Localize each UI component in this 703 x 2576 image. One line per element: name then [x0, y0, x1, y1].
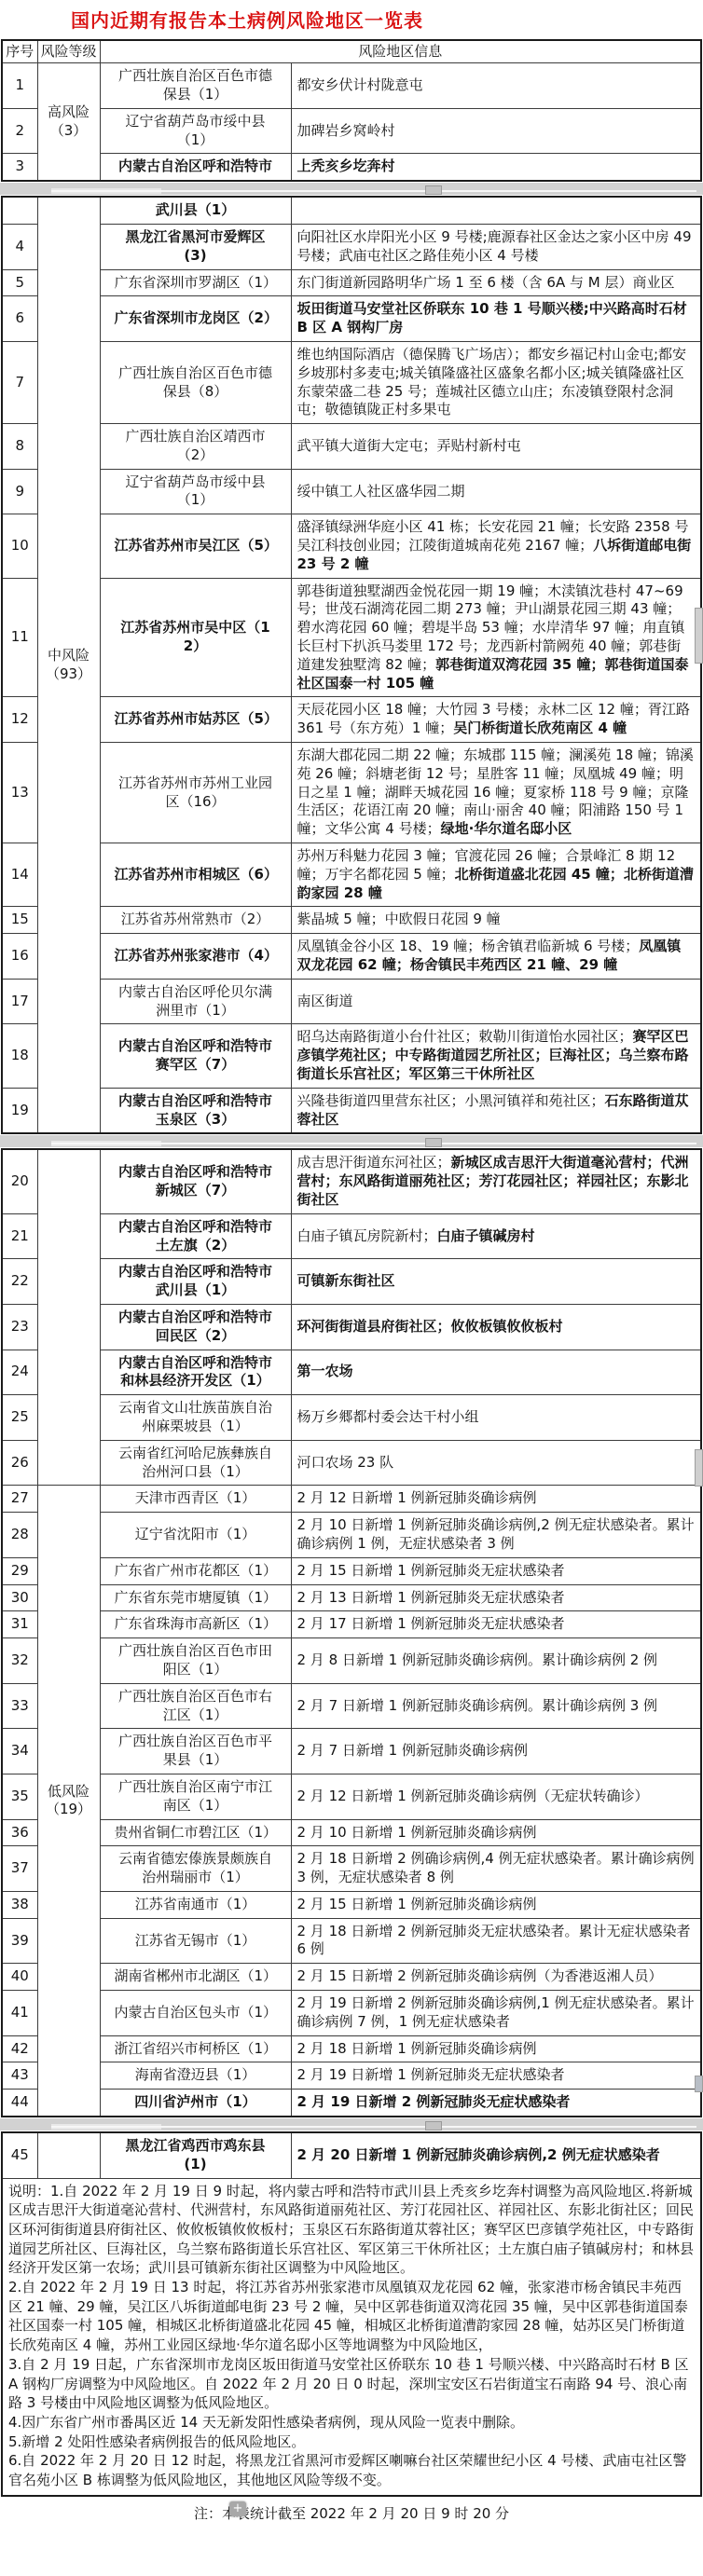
risk-level-cell-empty	[37, 2132, 100, 2178]
row-number-cell: 33	[2, 1683, 37, 1729]
table-row: 39江苏省无锡市（1）2 月 18 日新增 2 例新冠肺炎无症状感染者。累计无症…	[2, 1918, 701, 1964]
region-cell: 江苏省苏州常熟市（2）	[100, 907, 291, 934]
region-cell: 广东省深圳市罗湖区（1）	[100, 269, 291, 296]
row-number-cell: 35	[2, 1774, 37, 1819]
table-row: 14江苏省苏州市相城区（6）苏州万科魅力花园 3 幢；官渡花园 26 幢；合景峰…	[2, 843, 701, 907]
table-row: 29广东省广州市花都区（1）2 月 15 日新增 1 例新冠肺炎无症状感染者	[2, 1557, 701, 1584]
region-cell: 广西壮族自治区百色市德保县（1）	[100, 63, 291, 109]
header-no: 序号	[2, 40, 37, 62]
info-cell: 2 月 13 日新增 1 例新冠肺炎无症状感染者	[291, 1584, 701, 1611]
table-row: 17内蒙古自治区呼伦贝尔满洲里市（1）南区街道	[2, 979, 701, 1024]
table-row: 36贵州省铜仁市碧江区（1）2 月 10 日新增 1 例新冠肺炎确诊病例	[2, 1819, 701, 1846]
region-cell: 广东省东莞市塘厦镇（1）	[100, 1584, 291, 1611]
info-segment: 2 月 7 日新增 1 例新冠肺炎确诊病例	[297, 1742, 528, 1759]
info-segment: 杨万乡郷都村委会达干村小组	[297, 1408, 479, 1425]
info-segment: 加碑岩乡窝岭村	[297, 122, 395, 139]
table-row: 8广西壮族自治区靖西市（2）武平镇大道街大定屯；弄贴村新村屯	[2, 424, 701, 470]
info-cell: 2 月 19 日新增 2 例新冠肺炎无症状感染者	[291, 2090, 701, 2117]
row-number-cell: 39	[2, 1918, 37, 1964]
table-row: 18内蒙古自治区呼和浩特市赛罕区（7）昭乌达南路街道小台什社区；敕勒川街道怡水园…	[2, 1024, 701, 1088]
row-number-cell: 28	[2, 1513, 37, 1558]
info-segment: 昭乌达南路街道小台什社区；敕勒川街道怡水园社区；	[297, 1028, 633, 1045]
info-cell: 2 月 7 日新增 1 例新冠肺炎确诊病例	[291, 1729, 701, 1774]
info-segment: 坂田街道马安堂社区侨联东 10 巷 1 号顺兴楼;中兴路高时石材 B 区 A 钢…	[297, 300, 687, 336]
region-cell: 海南省澄迈县（1）	[100, 2062, 291, 2090]
info-segment: 2 月 17 日新增 1 例新冠肺炎无症状感染者	[297, 1615, 565, 1632]
table-row: 5广东省深圳市罗湖区（1）东门街道新园路明华广场 1 至 6 楼（含 6A 与 …	[2, 269, 701, 296]
table-row: 11江苏省苏州市吴中区（12）郭巷街道独墅湖西金悦花园一期 19 幢；木渎镇沈巷…	[2, 578, 701, 697]
region-cell: 江苏省苏州张家港市（4）	[100, 934, 291, 980]
info-cell: 天辰花园小区 18 幢；大竹园 3 号楼；永林二区 12 幢；胥江路 361 号…	[291, 697, 701, 743]
splice-band	[0, 2118, 703, 2131]
row-number-cell: 15	[2, 907, 37, 934]
row-number-cell: 5	[2, 269, 37, 296]
info-cell: 盛泽镇绿洲华庭小区 41 栋；长安花园 21 幢；长安路 2358 号吴江科技创…	[291, 514, 701, 578]
table-row: 2辽宁省葫芦岛市绥中县（1）加碑岩乡窝岭村	[2, 108, 701, 154]
info-segment: 武平镇大道街大定屯；弄贴村新村屯	[297, 437, 521, 454]
info-segment: 2 月 12 日新增 1 例新冠肺炎确诊病例（无症状转确诊）	[297, 1788, 649, 1804]
region-cell: 内蒙古自治区呼和浩特市玉泉区（3）	[100, 1088, 291, 1133]
info-segment: 2 月 12 日新增 1 例新冠肺炎确诊病例	[297, 1489, 537, 1506]
info-segment: 2 月 10 日新增 1 例新冠肺炎确诊病例	[297, 1824, 537, 1841]
info-segment: 向阳社区水岸阳光小区 9 号楼;鹿源春社区金达之家小区中房 49 号楼；武庙屯社…	[297, 228, 692, 264]
row-number-cell: 12	[2, 697, 37, 743]
info-cell: 2 月 7 日新增 1 例新冠肺炎确诊病例。累计确诊病例 3 例	[291, 1683, 701, 1729]
region-cell: 武川县（1）	[100, 197, 291, 224]
row-number-cell: 25	[2, 1395, 37, 1441]
region-cell: 内蒙古自治区呼和浩特市土左旗（2）	[100, 1213, 291, 1259]
region-cell: 江苏省苏州市吴江区（5）	[100, 514, 291, 578]
table-row: 37云南省德宏傣族景颇族自治州瑞丽市（1）2 月 18 日新增 2 例确诊病例,…	[2, 1846, 701, 1892]
table-row: 33广西壮族自治区百色市右江区（1）2 月 7 日新增 1 例新冠肺炎确诊病例。…	[2, 1683, 701, 1729]
region-cell: 内蒙古自治区呼和浩特市	[100, 154, 291, 181]
row-number-cell: 10	[2, 514, 37, 578]
info-segment: 绥中镇工人社区盛华园二期	[297, 483, 465, 500]
row-number-cell: 18	[2, 1024, 37, 1088]
table-row: 43海南省澄迈县（1）2 月 19 日新增 1 例新冠肺炎无症状感染者	[2, 2062, 701, 2090]
region-cell: 广东省珠海市高新区（1）	[100, 1611, 291, 1638]
note-item: 说明：1.自 2022 年 2 月 19 日 9 时起，将内蒙古呼和浩特市武川县…	[8, 2182, 695, 2278]
risk-table-section-3: 20内蒙古自治区呼和浩特市新城区（7）成吉思汗街道东河社区；新城区成吉思汗大街道…	[1, 1148, 702, 2117]
splice-band-tab	[425, 185, 442, 195]
info-segment: 都安乡伏计村陇意屯	[297, 76, 423, 93]
row-number-cell: 1	[2, 63, 37, 109]
risk-level-cell-empty	[37, 1149, 100, 1485]
region-cell: 浙江省绍兴市柯桥区（1）	[100, 2035, 291, 2062]
row-number-cell: 26	[2, 1440, 37, 1486]
table-row: 26云南省红河哈尼族彝族自治州河口县（1）河口农场 23 队	[2, 1440, 701, 1486]
table-row: 44四川省泸州市（1）2 月 19 日新增 2 例新冠肺炎无症状感染者	[2, 2090, 701, 2117]
row-number-cell: 34	[2, 1729, 37, 1774]
table-row: 4黑龙江省黑河市爱辉区(3)向阳社区水岸阳光小区 9 号楼;鹿源春社区金达之家小…	[2, 224, 701, 269]
table-row: 21内蒙古自治区呼和浩特市土左旗（2）白庙子镇瓦房院新村；白庙子镇碱房村	[2, 1213, 701, 1259]
info-segment: 成吉思汗街道东河社区；	[297, 1154, 451, 1171]
row-number-cell: 32	[2, 1638, 37, 1684]
info-cell: 都安乡伏计村陇意屯	[291, 63, 701, 109]
info-segment: 紫晶城 5 幢；中欧假日花园 9 幢	[297, 911, 501, 927]
info-segment: 河口农场 23 队	[297, 1454, 394, 1471]
region-cell: 江苏省南通市（1）	[100, 1891, 291, 1918]
info-cell: 2 月 12 日新增 1 例新冠肺炎确诊病例	[291, 1486, 701, 1513]
table-row: 15江苏省苏州常熟市（2）紫晶城 5 幢；中欧假日花园 9 幢	[2, 907, 701, 934]
note-item: 2.自 2022 年 2 月 19 日 13 时起，将江苏省苏州张家港市凤凰镇双…	[8, 2278, 695, 2355]
region-cell: 广西壮族自治区百色市右江区（1）	[100, 1683, 291, 1729]
table-row: 28辽宁省沈阳市（1）2 月 10 日新增 1 例新冠肺炎确诊病例,2 例无症状…	[2, 1513, 701, 1558]
region-cell: 江苏省苏州市姑苏区（5）	[100, 697, 291, 743]
info-segment: 2 月 18 日新增 2 例确诊病例,4 例无症状感染者。累计确诊病例 3 例，…	[297, 1850, 695, 1885]
row-number-cell: 23	[2, 1304, 37, 1350]
region-cell: 广西壮族自治区百色市平果县（1）	[100, 1729, 291, 1774]
info-segment: 上秃亥乡圪奔村	[297, 158, 395, 174]
table-row: 45黑龙江省鸡西市鸡东县(1)2 月 20 日新增 1 例新冠肺炎确诊病例,2 …	[2, 2132, 701, 2178]
scrollbar-fragment[interactable]	[695, 608, 703, 664]
row-number-cell: 45	[2, 2132, 37, 2178]
info-cell: 环河街街道县府街社区；攸攸板镇攸攸板村	[291, 1304, 701, 1350]
region-cell: 天津市西青区（1）	[100, 1486, 291, 1513]
row-number-cell: 44	[2, 2090, 37, 2117]
info-segment: 2 月 10 日新增 1 例新冠肺炎确诊病例,2 例无症状感染者。累计确诊病例 …	[297, 1516, 695, 1552]
page-title: 国内近期有报告本土病例风险地区一览表	[71, 8, 703, 33]
row-number-cell: 29	[2, 1557, 37, 1584]
header-info: 风险地区信息	[100, 40, 701, 62]
info-cell: 坂田街道马安堂社区侨联东 10 巷 1 号顺兴楼;中兴路高时石材 B 区 A 钢…	[291, 296, 701, 342]
table-row: 35广西壮族自治区南宁市江南区（1）2 月 12 日新增 1 例新冠肺炎确诊病例…	[2, 1774, 701, 1819]
region-cell: 江苏省苏州市吴中区（12）	[100, 578, 291, 697]
info-segment: 白庙子镇碱房村	[437, 1227, 535, 1244]
row-number-cell: 11	[2, 578, 37, 697]
row-number-cell: 3	[2, 154, 37, 181]
table-row: 38江苏省南通市（1）2 月 15 日新增 1 例新冠肺炎确诊病例	[2, 1891, 701, 1918]
info-cell: 河口农场 23 队	[291, 1440, 701, 1486]
region-cell: 广东省广州市花都区（1）	[100, 1557, 291, 1584]
row-number-cell: 4	[2, 224, 37, 269]
info-cell: 南区街道	[291, 979, 701, 1024]
info-segment: 东门街道新园路明华广场 1 至 6 楼（含 6A 与 M 层）商业区	[297, 274, 675, 291]
info-cell: 武平镇大道街大定屯；弄贴村新村屯	[291, 424, 701, 470]
region-cell: 广西壮族自治区百色市德保县（8）	[100, 341, 291, 423]
table-row: 24内蒙古自治区呼和浩特市和林县经济开发区（1）第一农场	[2, 1350, 701, 1395]
info-cell: 东门街道新园路明华广场 1 至 6 楼（含 6A 与 M 层）商业区	[291, 269, 701, 296]
info-cell: 2 月 10 日新增 1 例新冠肺炎确诊病例,2 例无症状感染者。累计确诊病例 …	[291, 1513, 701, 1558]
splice-band-tab	[425, 1138, 442, 1147]
info-cell: 2 月 18 日新增 1 例新冠肺炎确诊病例	[291, 2035, 701, 2062]
info-segment: 2 月 15 日新增 1 例新冠肺炎无症状感染者	[297, 1562, 565, 1579]
info-segment: 吴门桥街道长欣苑南区 4 幢	[453, 719, 627, 736]
info-cell: 2 月 20 日新增 1 例新冠肺炎确诊病例,2 例无症状感染者	[291, 2132, 701, 2178]
info-cell: 兴隆巷街道四里营东社区；小黑河镇祥和苑社区；石东路街道苁蓉社区	[291, 1088, 701, 1133]
info-segment: 南区街道	[297, 993, 353, 1009]
region-cell: 广东省深圳市龙岗区（2）	[100, 296, 291, 342]
info-cell: 杨万乡郷都村委会达干村小组	[291, 1395, 701, 1441]
row-number-cell: 2	[2, 108, 37, 154]
table-row: 42浙江省绍兴市柯桥区（1）2 月 18 日新增 1 例新冠肺炎确诊病例	[2, 2035, 701, 2062]
info-segment: 2 月 18 日新增 1 例新冠肺炎确诊病例	[297, 2040, 537, 2057]
row-number-cell: 19	[2, 1088, 37, 1133]
row-number-cell	[2, 197, 37, 224]
footer-area: + 注：本表统计截至 2022 年 2 月 20 日 9 时 20 分	[0, 2505, 703, 2537]
row-number-cell: 27	[2, 1486, 37, 1513]
scrollbar-fragment[interactable]	[695, 2076, 703, 2092]
region-cell: 内蒙古自治区呼和浩特市和林县经济开发区（1）	[100, 1350, 291, 1395]
region-cell: 云南省文山壮族苗族自治州麻栗坡县（1）	[100, 1395, 291, 1441]
info-cell: 向阳社区水岸阳光小区 9 号楼;鹿源春社区金达之家小区中房 49 号楼；武庙屯社…	[291, 224, 701, 269]
info-segment: 可镇新东街社区	[297, 1272, 395, 1289]
info-cell: 2 月 19 日新增 1 例新冠肺炎无症状感染者	[291, 2062, 701, 2090]
note-item: 3.自 2 月 19 日起，广东省深圳市龙岗区坂田街道马安堂社区侨联东 10 巷…	[8, 2355, 695, 2413]
info-segment: 维也纳国际酒店（德保腾飞广场店）；都安乡福记村山金屯;都安乡坡那村多麦屯;城关镇…	[297, 346, 687, 418]
region-cell: 内蒙古自治区包头市（1）	[100, 1991, 291, 2036]
note-item: 6.自 2022 年 2 月 20 日 12 时起，将黑龙江省黑河市爱辉区喇嘛台…	[8, 2451, 695, 2489]
row-number-cell: 24	[2, 1350, 37, 1395]
footer-note: 注：本表统计截至 2022 年 2 月 20 日 9 时 20 分	[0, 2505, 703, 2524]
info-cell: 绥中镇工人社区盛华园二期	[291, 469, 701, 514]
row-number-cell: 22	[2, 1259, 37, 1305]
region-cell: 辽宁省葫芦岛市绥中县（1）	[100, 108, 291, 154]
scrollbar-fragment[interactable]	[695, 1449, 703, 1487]
info-cell: 凤凰镇金谷小区 18、19 幢；杨舍镇君临新城 6 号楼；凤凰镇双龙花园 62 …	[291, 934, 701, 980]
info-cell: 2 月 10 日新增 1 例新冠肺炎确诊病例	[291, 1819, 701, 1846]
region-cell: 广西壮族自治区南宁市江南区（1）	[100, 1774, 291, 1819]
info-cell: 2 月 17 日新增 1 例新冠肺炎无症状感染者	[291, 1611, 701, 1638]
info-cell: 东湖大郡花园二期 22 幢；东城郡 115 幢；澜溪苑 18 幢；锦溪苑 26 …	[291, 743, 701, 843]
table-row: 7广西壮族自治区百色市德保县（8）维也纳国际酒店（德保腾飞广场店）；都安乡福记村…	[2, 341, 701, 423]
splice-band-line	[51, 190, 696, 192]
note-item: 5.新增 2 处阳性感染者病例报告的低风险地区。	[8, 2432, 695, 2452]
info-segment: 凤凰镇金谷小区 18、19 幢；杨舍镇君临新城 6 号楼；	[297, 938, 640, 954]
region-cell: 黑龙江省黑河市爱辉区(3)	[100, 224, 291, 269]
info-segment: 2 月 19 日新增 2 例新冠肺炎无症状感染者	[297, 2093, 571, 2110]
row-number-cell: 42	[2, 2035, 37, 2062]
row-number-cell: 17	[2, 979, 37, 1024]
document-page: { "title": "国内近期有报告本土病例风险地区一览表", "colors…	[0, 8, 703, 2576]
risk-level-cell: 低风险（19）	[37, 1486, 100, 2117]
region-cell: 内蒙古自治区呼和浩特市回民区（2）	[100, 1304, 291, 1350]
info-cell: 维也纳国际酒店（德保腾飞广场店）；都安乡福记村山金屯;都安乡坡那村多麦屯;城关镇…	[291, 341, 701, 423]
info-cell: 郭巷街道独墅湖西金悦花园一期 19 幢；木渎镇沈巷村 47~69 号；世茂石湖湾…	[291, 578, 701, 697]
info-cell: 加碑岩乡窝岭村	[291, 108, 701, 154]
row-number-cell: 43	[2, 2062, 37, 2090]
notes-cell: 说明：1.自 2022 年 2 月 19 日 9 时起，将内蒙古呼和浩特市武川县…	[2, 2178, 701, 2496]
risk-table-section-1: 序号风险等级风险地区信息1高风险（3）广西壮族自治区百色市德保县（1）都安乡伏计…	[1, 39, 702, 182]
splice-band	[0, 183, 703, 195]
row-number-cell: 31	[2, 1611, 37, 1638]
table-row: 12江苏省苏州市姑苏区（5）天辰花园小区 18 幢；大竹园 3 号楼；永林二区 …	[2, 697, 701, 743]
splice-band-line	[51, 2126, 696, 2128]
risk-level-cell: 中风险（93）	[37, 197, 100, 1133]
info-cell: 2 月 18 日新增 2 例新冠肺炎无症状感染者。累计无症状感染者 6 例	[291, 1918, 701, 1964]
plus-floater-button[interactable]: +	[229, 2501, 246, 2516]
region-cell: 辽宁省葫芦岛市绥中县（1）	[100, 469, 291, 514]
table-row: 30广东省东莞市塘厦镇（1）2 月 13 日新增 1 例新冠肺炎无症状感染者	[2, 1584, 701, 1611]
row-number-cell: 8	[2, 424, 37, 470]
table-row: 3内蒙古自治区呼和浩特市上秃亥乡圪奔村	[2, 154, 701, 181]
region-cell: 内蒙古自治区呼和浩特市赛罕区（7）	[100, 1024, 291, 1088]
row-number-cell: 7	[2, 341, 37, 423]
region-cell: 四川省泸州市（1）	[100, 2090, 291, 2117]
info-segment: 2 月 15 日新增 2 例新冠肺炎确诊病例（为香港返湘人员）	[297, 1967, 663, 1984]
region-cell: 江苏省苏州市相城区（6）	[100, 843, 291, 907]
risk-area-table: 序号风险等级风险地区信息1高风险（3）广西壮族自治区百色市德保县（1）都安乡伏计…	[0, 39, 703, 2496]
table-header-row: 序号风险等级风险地区信息	[2, 40, 701, 62]
row-number-cell: 40	[2, 1964, 37, 1991]
info-segment: 2 月 20 日新增 1 例新冠肺炎确诊病例,2 例无症状感染者	[297, 2146, 660, 2163]
risk-table-section-2: 中风险（93）武川县（1）4黑龙江省黑河市爱辉区(3)向阳社区水岸阳光小区 9 …	[1, 196, 702, 1134]
region-cell: 贵州省铜仁市碧江区（1）	[100, 1819, 291, 1846]
info-segment: 白庙子镇瓦房院新村；	[297, 1227, 437, 1244]
region-cell: 黑龙江省鸡西市鸡东县(1)	[100, 2132, 291, 2178]
region-cell: 湖南省郴州市北湖区（1）	[100, 1964, 291, 1991]
header-risk: 风险等级	[37, 40, 100, 62]
info-cell: 可镇新东街社区	[291, 1259, 701, 1305]
table-row: 22内蒙古自治区呼和浩特市武川县（1）可镇新东街社区	[2, 1259, 701, 1305]
info-segment: 2 月 19 日新增 2 例新冠肺炎确诊病例,1 例无症状感染者。累计确诊病例 …	[297, 1994, 695, 2030]
info-cell: 紫晶城 5 幢；中欧假日花园 9 幢	[291, 907, 701, 934]
table-row: 31广东省珠海市高新区（1）2 月 17 日新增 1 例新冠肺炎无症状感染者	[2, 1611, 701, 1638]
info-segment: 2 月 7 日新增 1 例新冠肺炎确诊病例。累计确诊病例 3 例	[297, 1697, 658, 1714]
info-segment: 第一农场	[297, 1363, 353, 1379]
splice-band-tab	[425, 2121, 442, 2131]
row-number-cell: 6	[2, 296, 37, 342]
risk-level-cell: 高风险（3）	[37, 63, 100, 181]
info-cell: 昭乌达南路街道小台什社区；敕勒川街道怡水园社区；赛罕区巴彦镇学苑社区；中专路街道…	[291, 1024, 701, 1088]
region-cell: 内蒙古自治区呼和浩特市武川县（1）	[100, 1259, 291, 1305]
info-cell: 2 月 8 日新增 1 例新冠肺炎确诊病例。累计确诊病例 2 例	[291, 1638, 701, 1684]
table-row: 20内蒙古自治区呼和浩特市新城区（7）成吉思汗街道东河社区；新城区成吉思汗大街道…	[2, 1149, 701, 1213]
region-cell: 江苏省苏州市苏州工业园区（16）	[100, 743, 291, 843]
info-cell	[291, 197, 701, 224]
splice-band-line	[51, 1143, 696, 1144]
row-number-cell: 21	[2, 1213, 37, 1259]
info-cell: 上秃亥乡圪奔村	[291, 154, 701, 181]
info-segment: 2 月 8 日新增 1 例新冠肺炎确诊病例。累计确诊病例 2 例	[297, 1651, 658, 1668]
row-number-cell: 37	[2, 1846, 37, 1892]
row-number-cell: 16	[2, 934, 37, 980]
splice-band	[0, 1135, 703, 1147]
region-cell: 广西壮族自治区百色市田阳区（1）	[100, 1638, 291, 1684]
table-row: 16江苏省苏州张家港市（4）凤凰镇金谷小区 18、19 幢；杨舍镇君临新城 6 …	[2, 934, 701, 980]
row-number-cell: 30	[2, 1584, 37, 1611]
row-number-cell: 20	[2, 1149, 37, 1213]
table-row: 6广东省深圳市龙岗区（2）坂田街道马安堂社区侨联东 10 巷 1 号顺兴楼;中兴…	[2, 296, 701, 342]
info-segment: 2 月 13 日新增 1 例新冠肺炎无症状感染者	[297, 1589, 565, 1606]
table-row: 23内蒙古自治区呼和浩特市回民区（2）环河街街道县府街社区；攸攸板镇攸攸板村	[2, 1304, 701, 1350]
region-cell: 云南省红河哈尼族彝族自治州河口县（1）	[100, 1440, 291, 1486]
row-number-cell: 38	[2, 1891, 37, 1918]
info-cell: 2 月 19 日新增 2 例新冠肺炎确诊病例,1 例无症状感染者。累计确诊病例 …	[291, 1991, 701, 2036]
region-cell: 内蒙古自治区呼伦贝尔满洲里市（1）	[100, 979, 291, 1024]
region-cell: 云南省德宏傣族景颇族自治州瑞丽市（1）	[100, 1846, 291, 1892]
info-cell: 2 月 15 日新增 2 例新冠肺炎确诊病例（为香港返湘人员）	[291, 1964, 701, 1991]
table-row: 9辽宁省葫芦岛市绥中县（1）绥中镇工人社区盛华园二期	[2, 469, 701, 514]
region-cell: 内蒙古自治区呼和浩特市新城区（7）	[100, 1149, 291, 1213]
info-cell: 2 月 12 日新增 1 例新冠肺炎确诊病例（无症状转确诊）	[291, 1774, 701, 1819]
note-item: 4.因广东省广州市番禺区近 14 天无新发阳性感染者病例，现从风险一览表中删除。	[8, 2413, 695, 2432]
table-row: 32广西壮族自治区百色市田阳区（1）2 月 8 日新增 1 例新冠肺炎确诊病例。…	[2, 1638, 701, 1684]
info-segment: 绿地·华尔道名邸小区	[441, 820, 572, 837]
table-row: 41内蒙古自治区包头市（1）2 月 19 日新增 2 例新冠肺炎确诊病例,1 例…	[2, 1991, 701, 2036]
region-cell: 辽宁省沈阳市（1）	[100, 1513, 291, 1558]
info-cell: 苏州万科魅力花园 3 幢；官渡花园 26 幢；合景峰汇 8 期 12 幢；万宇名…	[291, 843, 701, 907]
table-row: 25云南省文山壮族苗族自治州麻栗坡县（1）杨万乡郷都村委会达干村小组	[2, 1395, 701, 1441]
bottom-whitespace	[0, 2537, 703, 2576]
table-row: 40湖南省郴州市北湖区（1）2 月 15 日新增 2 例新冠肺炎确诊病例（为香港…	[2, 1964, 701, 1991]
region-cell: 江苏省无锡市（1）	[100, 1918, 291, 1964]
table-row: 19内蒙古自治区呼和浩特市玉泉区（3）兴隆巷街道四里营东社区；小黑河镇祥和苑社区…	[2, 1088, 701, 1133]
region-cell: 广西壮族自治区靖西市（2）	[100, 424, 291, 470]
row-number-cell: 41	[2, 1991, 37, 2036]
info-segment: 环河街街道县府街社区；攸攸板镇攸攸板村	[297, 1318, 563, 1335]
notes-row: 说明：1.自 2022 年 2 月 19 日 9 时起，将内蒙古呼和浩特市武川县…	[2, 2178, 701, 2496]
table-row: 10江苏省苏州市吴江区（5）盛泽镇绿洲华庭小区 41 栋；长安花园 21 幢；长…	[2, 514, 701, 578]
info-cell: 2 月 18 日新增 2 例确诊病例,4 例无症状感染者。累计确诊病例 3 例，…	[291, 1846, 701, 1892]
risk-table-section-4: 45黑龙江省鸡西市鸡东县(1)2 月 20 日新增 1 例新冠肺炎确诊病例,2 …	[1, 2131, 702, 2497]
row-number-cell: 13	[2, 743, 37, 843]
info-segment: 兴隆巷街道四里营东社区；小黑河镇祥和苑社区；	[297, 1092, 605, 1109]
info-segment: 2 月 15 日新增 1 例新冠肺炎确诊病例	[297, 1896, 537, 1912]
info-segment: 2 月 19 日新增 1 例新冠肺炎无症状感染者	[297, 2066, 565, 2083]
info-cell: 成吉思汗街道东河社区；新城区成吉思汗大街道毫沁营村；代洲营村；东风路街道丽苑社区…	[291, 1149, 701, 1213]
table-row: 1高风险（3）广西壮族自治区百色市德保县（1）都安乡伏计村陇意屯	[2, 63, 701, 109]
row-number-cell: 14	[2, 843, 37, 907]
row-number-cell: 36	[2, 1819, 37, 1846]
table-row: 34广西壮族自治区百色市平果县（1）2 月 7 日新增 1 例新冠肺炎确诊病例	[2, 1729, 701, 1774]
info-segment: 2 月 18 日新增 2 例新冠肺炎无症状感染者。累计无症状感染者 6 例	[297, 1923, 691, 1958]
table-row: 27低风险（19）天津市西青区（1）2 月 12 日新增 1 例新冠肺炎确诊病例	[2, 1486, 701, 1513]
table-row: 中风险（93）武川县（1）	[2, 197, 701, 224]
row-number-cell: 9	[2, 469, 37, 514]
info-cell: 2 月 15 日新增 1 例新冠肺炎无症状感染者	[291, 1557, 701, 1584]
info-cell: 第一农场	[291, 1350, 701, 1395]
info-cell: 2 月 15 日新增 1 例新冠肺炎确诊病例	[291, 1891, 701, 1918]
info-cell: 白庙子镇瓦房院新村；白庙子镇碱房村	[291, 1213, 701, 1259]
table-row: 13江苏省苏州市苏州工业园区（16）东湖大郡花园二期 22 幢；东城郡 115 …	[2, 743, 701, 843]
